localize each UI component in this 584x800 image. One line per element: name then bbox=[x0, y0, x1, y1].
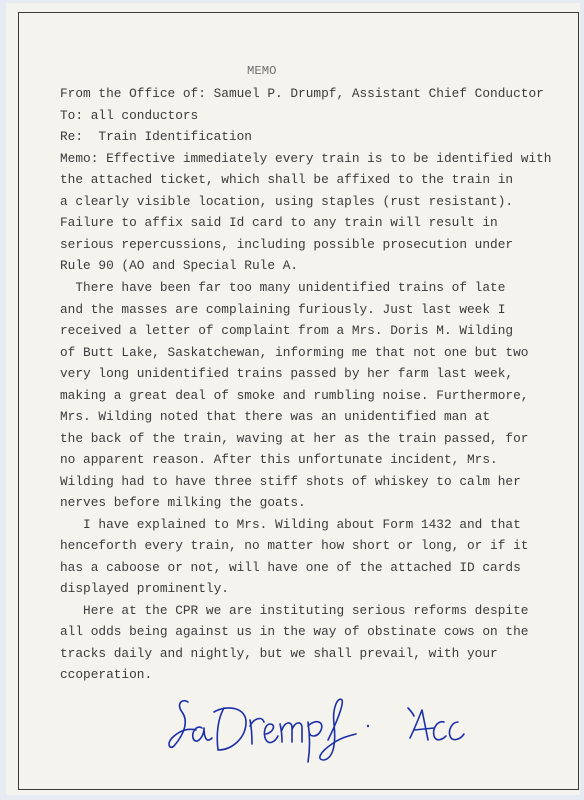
body-line: Failure to affix said Id card to any tra… bbox=[60, 215, 498, 230]
body-line: has a caboose or not, will have one of t… bbox=[60, 560, 521, 575]
signature-title-text: ACC bbox=[0, 0, 1, 1]
body-line: nerves before milking the goats. bbox=[60, 495, 306, 510]
body-line: making a great deal of smoke and rumblin… bbox=[60, 388, 528, 403]
body-line: Rule 90 (AO and Special Rule A. bbox=[60, 258, 298, 273]
body-line: and the masses are complaining furiously… bbox=[60, 302, 505, 317]
body-line: the back of the train, waving at her as … bbox=[60, 431, 528, 446]
body-line: very long unidentified trains passed by … bbox=[60, 366, 513, 381]
body-line: There have been far too many unidentifie… bbox=[60, 280, 505, 295]
body-line: no apparent reason. After this unfortuna… bbox=[60, 452, 498, 467]
signature-name-text: Sa Drumpf bbox=[0, 0, 1, 1]
body-line: Wilding had to have three stiff shots of… bbox=[60, 474, 521, 489]
to-line: To: all conductors bbox=[60, 108, 198, 123]
body-line: displayed prominently. bbox=[60, 581, 229, 596]
body-line: all odds being against us in the way of … bbox=[60, 624, 528, 639]
body-line: Here at the CPR we are instituting serio… bbox=[60, 603, 528, 618]
body-line: tracks daily and nightly, but we shall p… bbox=[60, 646, 498, 661]
memo-title: MEMO bbox=[247, 64, 277, 78]
body-line: the attached ticket, which shall be affi… bbox=[60, 172, 513, 187]
signature-title-initials bbox=[404, 700, 474, 752]
body-line: received a letter of complaint from a Mr… bbox=[60, 323, 513, 338]
from-line: From the Office of: Samuel P. Drumpf, As… bbox=[60, 86, 544, 101]
body-line: a clearly visible location, using staple… bbox=[60, 194, 513, 209]
body-line: serious repercussions, including possibl… bbox=[60, 237, 513, 252]
body-line: Mrs. Wilding noted that there was an uni… bbox=[60, 409, 490, 424]
body-line: of Butt Lake, Saskatchewan, informing me… bbox=[60, 345, 528, 360]
body-line: ccoperation. bbox=[60, 667, 152, 682]
body-line: Memo: Effective immediately every train … bbox=[60, 151, 551, 166]
body-line: henceforth every train, no matter how sh… bbox=[60, 538, 528, 553]
body-line: I have explained to Mrs. Wilding about F… bbox=[60, 517, 521, 532]
re-line: Re: Train Identification bbox=[60, 129, 252, 144]
